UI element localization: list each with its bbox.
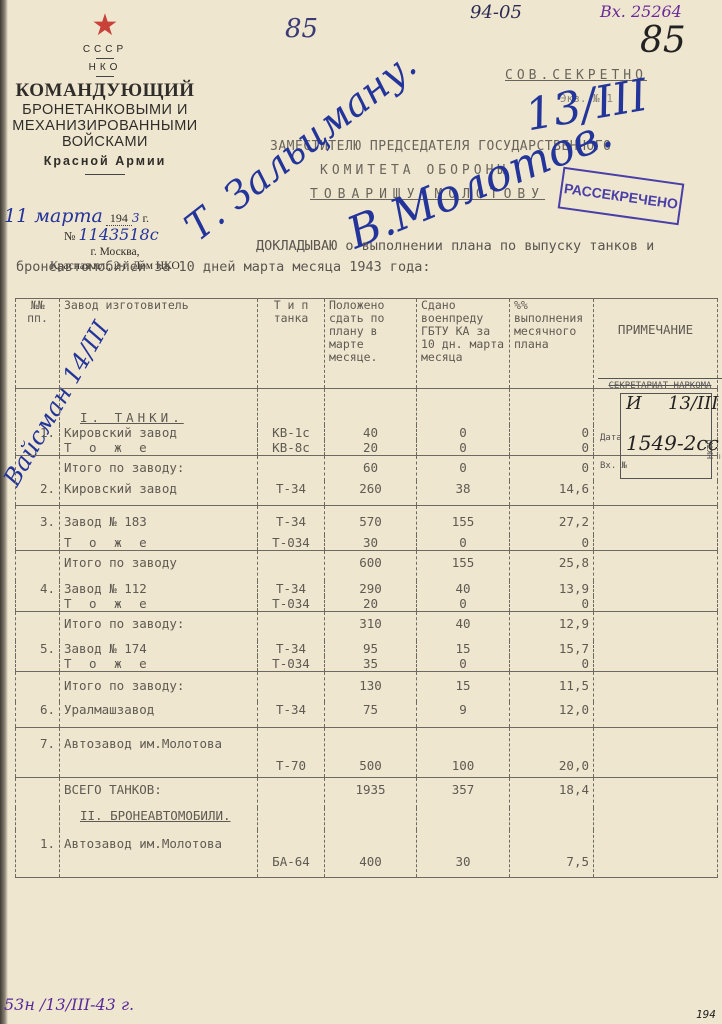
- letterhead: ★ СССР НКО КОМАНДУЮЩИЙ БРОНЕТАНКОВЫМИ И …: [0, 10, 210, 178]
- reg-in-label: Вх. №: [600, 461, 627, 471]
- table-row-total: ВСЕГО ТАНКОВ:193535718,4: [16, 778, 718, 808]
- table-row: 6.УралмашзаводТ-3475912,0: [16, 702, 718, 728]
- letterhead-army: Красной Армии: [0, 154, 210, 168]
- table-row: Итого по заводу:1301511,5: [16, 672, 718, 702]
- reg-in-number: 1549-2сс: [626, 431, 719, 455]
- section-tanks: I. ТАНКИ.: [60, 389, 258, 425]
- annotation-85-b: 85: [640, 20, 686, 61]
- header-factory: Завод изготовитель: [60, 299, 258, 389]
- table-row: Т о ж еТ-0343500: [16, 656, 718, 672]
- table-row: Т о ж еТ-0343000: [16, 535, 718, 551]
- table-row: Т о ж еТ-0342000: [16, 596, 718, 612]
- table-row: 5.Завод № 174Т-34951515,7: [16, 641, 718, 656]
- reg-entry-1: И: [626, 393, 642, 414]
- table-row: 3.Завод № 183Т-3457015527,2: [16, 505, 718, 535]
- table-row: Итого по заводу:3104012,9: [16, 611, 718, 641]
- table-row: 1.Автозавод им.МолотоваБА-64400307,5: [16, 830, 718, 878]
- reg-header: СЕКРЕТАРИАТ НАРКОМА: [598, 381, 722, 391]
- letterhead-sub-2: МЕХАНИЗИРОВАННЫМИ: [0, 118, 210, 134]
- year-handwritten: 3: [132, 211, 140, 225]
- header-num: №№ пп.: [16, 299, 60, 389]
- header-percent: %% выполнения месячного плана: [510, 299, 594, 389]
- table-row: Итого по заводу60015525,8: [16, 551, 718, 581]
- header-note: ПРИМЕЧАНИЕ: [594, 299, 718, 389]
- header-type: Т и п танка: [258, 299, 325, 389]
- letterhead-title: КОМАНДУЮЩИЙ: [0, 80, 210, 102]
- red-star-icon: ★: [0, 10, 210, 42]
- page-number: 194: [696, 1008, 716, 1021]
- registration-stamp: СЕКРЕТАРИАТ НАРКОМА И 13/III Дата Вх. № …: [598, 378, 722, 479]
- reg-entry-2: 13/III: [668, 393, 718, 414]
- year-suffix: г.: [142, 211, 149, 225]
- table-row: 2.Кировский заводТ-342603814,6: [16, 481, 718, 505]
- incoming-number: Вх. 25264: [600, 2, 682, 21]
- section-armored: II. БРОНЕАВТОМОБИЛИ.: [60, 808, 258, 830]
- footer-note: 53н /13/III-43 г.: [4, 995, 134, 1014]
- table-header: №№ пп. Завод изготовитель Т и п танка По…: [16, 299, 718, 389]
- intro-text: ДОКЛАДЫВАЮ о выполнении плана по выпуску…: [16, 236, 706, 278]
- reg-date-label: Дата: [600, 433, 622, 443]
- date-handwritten: 11 марта: [4, 205, 103, 227]
- table-row: 7.Автозавод им.МолотоваТ-7050010020,0: [16, 728, 718, 778]
- declassified-stamp: РАССЕКРЕЧЕНО: [558, 167, 685, 226]
- table-row: 4.Завод № 112Т-342904013,9: [16, 581, 718, 596]
- reg-side-label: НКТП—СССР: [706, 440, 722, 459]
- annotation-85-a: 85: [285, 14, 318, 44]
- country-label: СССР: [0, 44, 210, 55]
- header-plan: Положено сдать по плану в марте месяце.: [325, 299, 417, 389]
- letterhead-sub-1: БРОНЕТАНКОВЫМИ И: [0, 102, 210, 118]
- letterhead-sub-3: ВОЙСКАМИ: [0, 134, 210, 150]
- dept-label: НКО: [0, 62, 210, 73]
- year-printed: 194: [106, 211, 132, 226]
- header-delivered: Сдано военпреду ГБТУ КА за 10 дн. марта …: [417, 299, 510, 389]
- annotation-94: 94-05: [470, 2, 522, 23]
